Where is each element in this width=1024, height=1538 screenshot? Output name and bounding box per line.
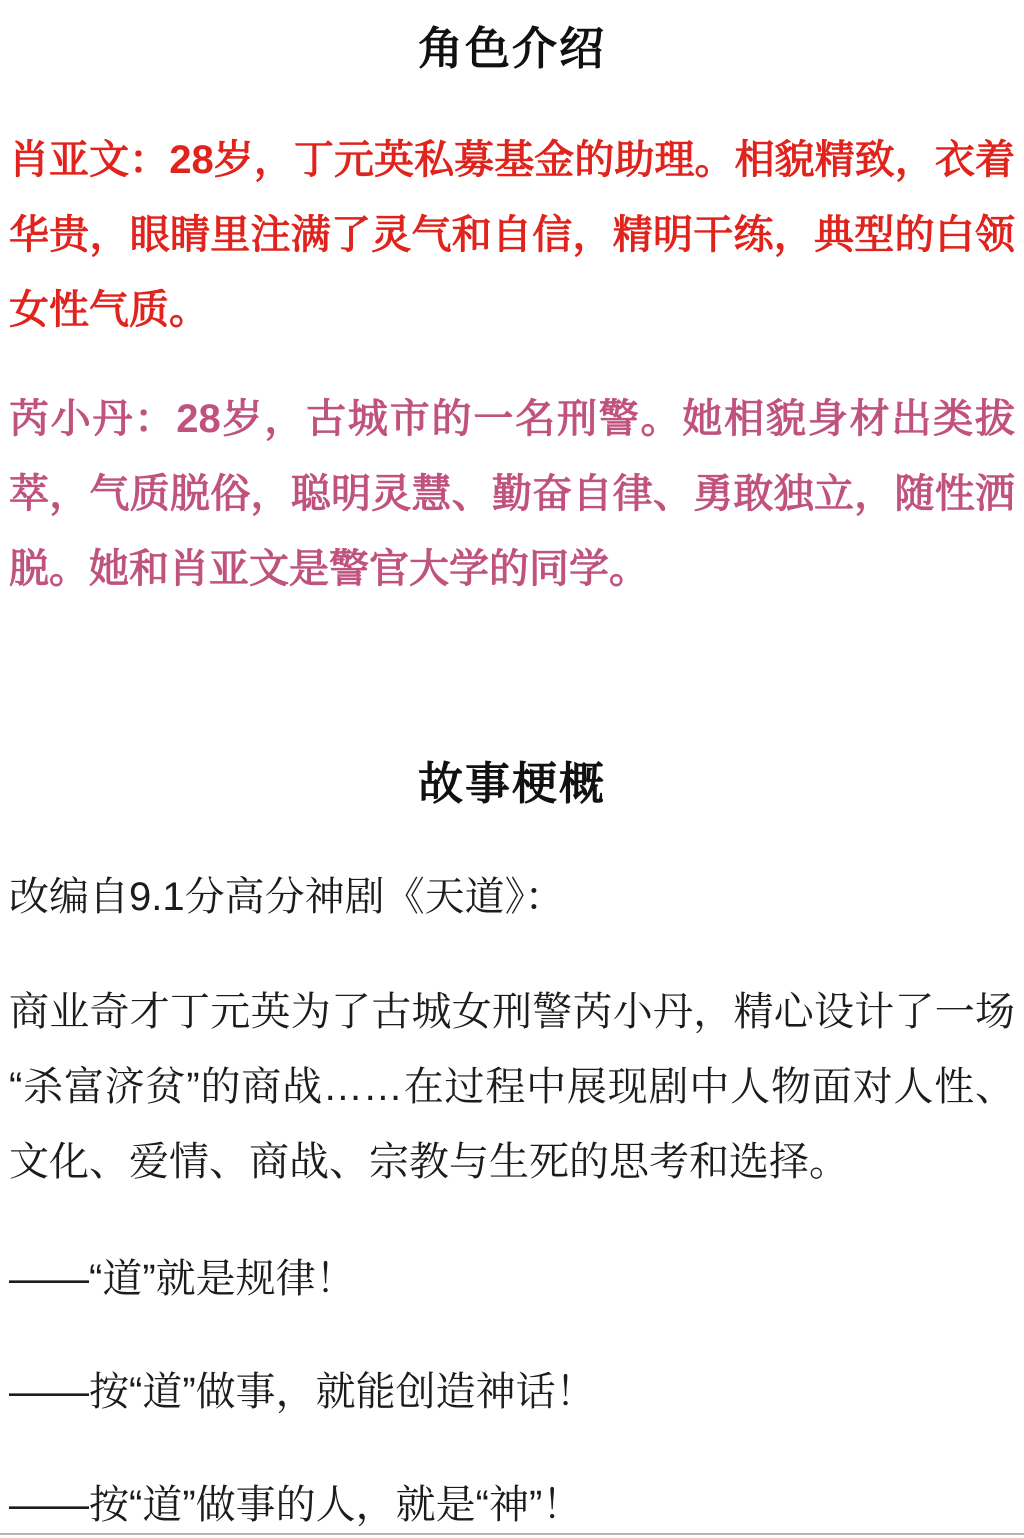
synopsis-section-title: 故事梗概: [0, 755, 1024, 813]
character-desc-xiaoyawen: 肖亚文：28岁，丁元英私募基金的助理。相貌精致，衣着华贵，眼睛里注满了灵气和自信…: [0, 123, 1024, 348]
character-desc-ruixiaodan: 芮小丹：28岁，古城市的一名刑警。她相貌身材出类拔萃，气质脱俗，聪明灵慧、勤奋自…: [0, 382, 1024, 607]
quote-line-1: ——“道”就是规律！: [0, 1242, 1024, 1317]
characters-section: 角色介绍 肖亚文：28岁，丁元英私募基金的助理。相貌精致，衣着华贵，眼睛里注满了…: [0, 20, 1024, 607]
synopsis-intro: 改编自9.1分高分神剧《天道》：: [0, 860, 1024, 935]
quote-line-3: ——按“道”做事的人，就是“神”！: [0, 1468, 1024, 1538]
synopsis-section: 故事梗概 改编自9.1分高分神剧《天道》： 商业奇才丁元英为了古城女刑警芮小丹，…: [0, 755, 1024, 1538]
synopsis-summary: 商业奇才丁元英为了古城女刑警芮小丹，精心设计了一场“杀富济贫”的商战……在过程中…: [0, 975, 1024, 1200]
characters-section-title: 角色介绍: [0, 20, 1024, 78]
quote-line-2: ——按“道”做事，就能创造神话！: [0, 1355, 1024, 1430]
bottom-divider: [0, 1533, 1024, 1535]
